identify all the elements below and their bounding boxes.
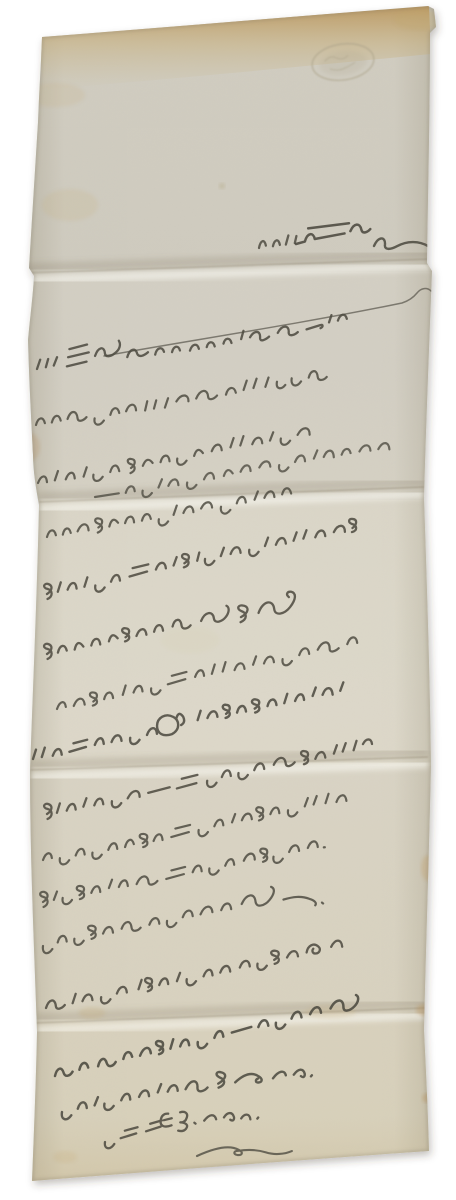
paper-grain <box>0 0 456 1200</box>
photo-stage <box>0 0 456 1200</box>
paper-surface <box>0 0 456 1200</box>
stain <box>22 444 32 460</box>
letter-photograph <box>0 0 456 1200</box>
